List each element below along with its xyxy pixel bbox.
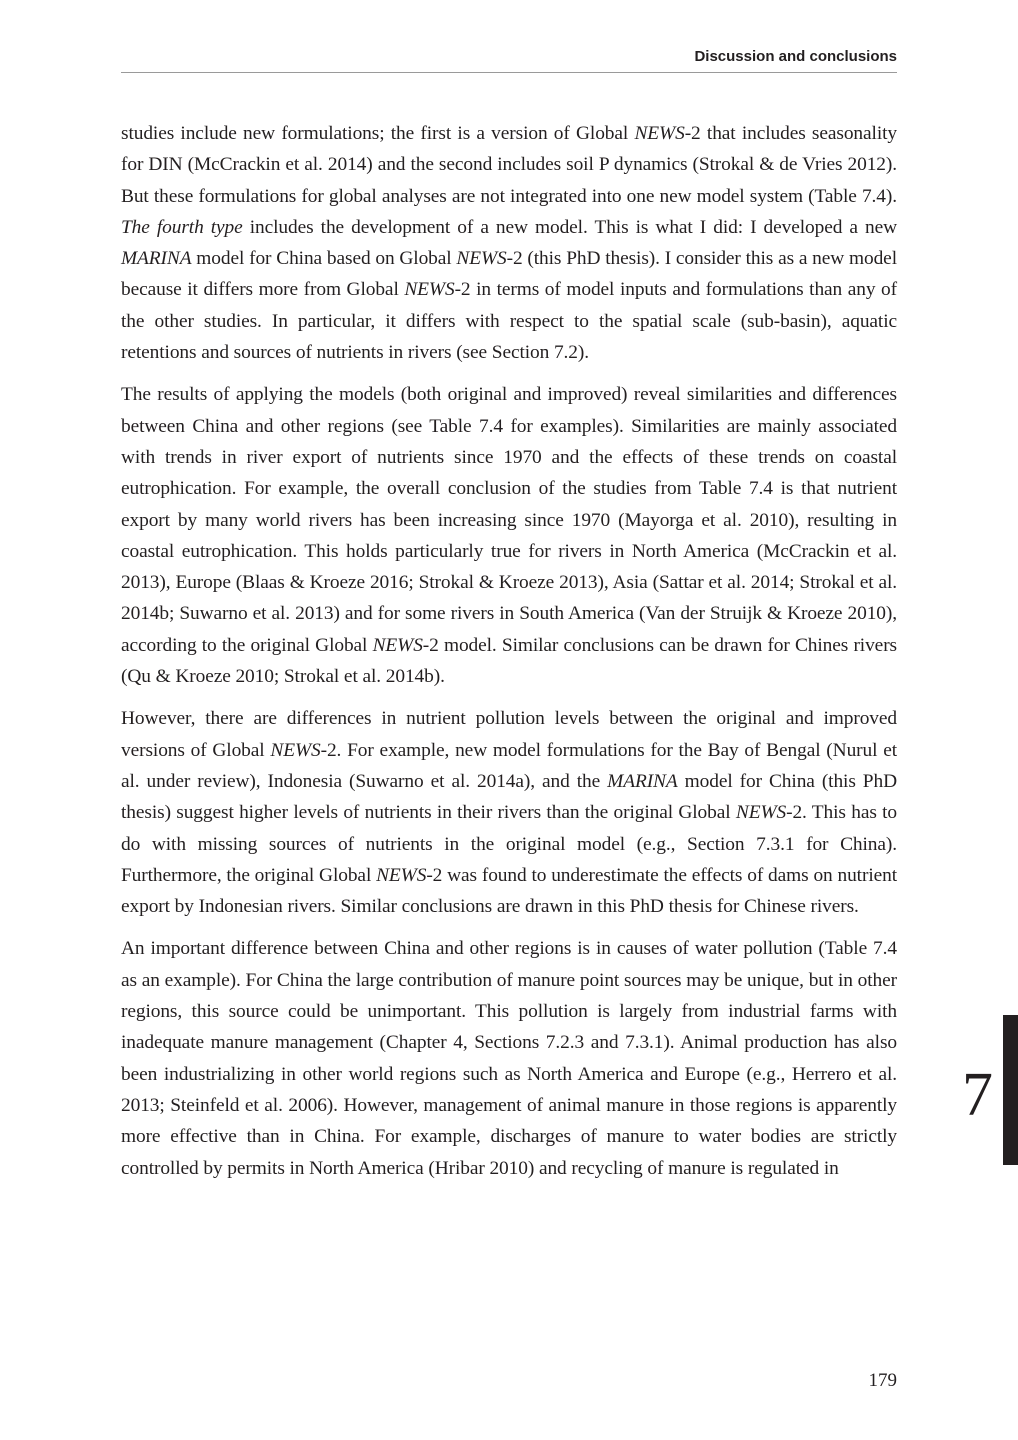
running-header: Discussion and conclusions (121, 46, 897, 68)
body-text: studies include new formulations; the fi… (121, 118, 897, 1195)
paragraph-1: studies include new formulations; the fi… (121, 118, 897, 368)
italic-model-name: MARINA (121, 248, 191, 269)
italic-model-name: MARINA (607, 771, 677, 792)
page-number: 179 (860, 1368, 897, 1394)
italic-model-name: NEWS (634, 123, 684, 144)
paragraph-3: However, there are differences in nutrie… (121, 703, 897, 922)
header-divider (121, 72, 897, 73)
italic-phrase: The fourth type (121, 217, 243, 238)
chapter-number: 7 (962, 1062, 993, 1128)
text-segment: An important difference between China an… (121, 938, 897, 1178)
paragraph-4: An important difference between China an… (121, 933, 897, 1183)
text-segment: includes the development of a new model.… (243, 217, 897, 238)
paragraph-2: The results of applying the models (both… (121, 379, 897, 692)
italic-model-name: NEWS (373, 635, 423, 656)
italic-model-name: NEWS (404, 279, 454, 300)
italic-model-name: NEWS (376, 865, 426, 886)
italic-model-name: NEWS (736, 802, 786, 823)
text-segment: The results of applying the models (both… (121, 384, 897, 655)
text-segment: model for China based on Global (191, 248, 456, 269)
text-segment: studies include new formulations; the fi… (121, 123, 634, 144)
italic-model-name: NEWS (456, 248, 506, 269)
italic-model-name: NEWS (270, 740, 320, 761)
chapter-thumb-tab (1003, 1015, 1018, 1165)
